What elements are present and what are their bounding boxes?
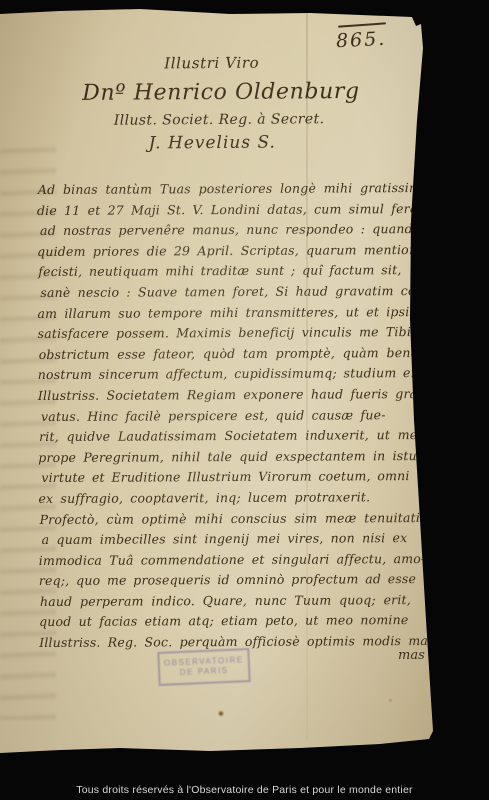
- body-line: obstrictum esse fateor, quòd tam promptè…: [39, 343, 433, 366]
- body-line: Illustriss. Societatem Regiam exponere h…: [38, 384, 433, 407]
- body-line: satisfacere possem. Maximis beneficij vi…: [38, 322, 433, 345]
- body-line: rit, quidve Laudatissimam Societatem ind…: [39, 425, 433, 448]
- heading-addressee-title: Illust. Societ. Reg. à Secret.: [14, 111, 424, 130]
- library-stamp: OBSERVATOIRE DE PARIS: [157, 648, 250, 686]
- copyright-caption: Tous droits réservés à l'Observatoire de…: [0, 784, 489, 796]
- photo-stage: 865. Illustri Viro Dnº Henrico Oldenburg…: [0, 0, 489, 800]
- heading-addressee-name: Dnº Henrico Oldenburg: [18, 79, 424, 107]
- stain-spot: [388, 698, 393, 703]
- letter-heading: Illustri Viro Dnº Henrico Oldenburg Illu…: [0, 53, 424, 155]
- body-line: Profectò, cùm optimè mihi conscius sim m…: [39, 507, 433, 530]
- body-line: am illarum suo tempore mihi transmittere…: [37, 302, 432, 325]
- stamp-line2: DE PARIS: [180, 666, 229, 678]
- letter-body: Ad binas tantùm Tuas posteriores longè m…: [37, 178, 434, 654]
- body-line: quod ut facias etiam atq; etiam peto, ut…: [39, 610, 434, 633]
- body-line: vatus. Hinc facilè perspicere est, quid …: [41, 404, 433, 427]
- body-line: haud perperam indico. Quare, nunc Tuum q…: [40, 590, 434, 613]
- body-line: nostrum sincerum affectum, cupidissimumq…: [38, 363, 433, 386]
- manuscript-page: 865. Illustri Viro Dnº Henrico Oldenburg…: [0, 0, 489, 800]
- body-line: fecisti, neutiquam mihi traditæ sunt ; q…: [38, 260, 432, 283]
- archive-page-number: 865.: [336, 24, 386, 51]
- body-line: immodica Tuâ commendatione et singulari …: [39, 549, 434, 572]
- body-line: die 11 et 27 Maji St. V. Londini datas, …: [37, 199, 432, 222]
- catchword: mas: [398, 648, 425, 663]
- body-line: ex suffragio, cooptaverit, inq; lucem pr…: [38, 487, 433, 510]
- body-line: prope Peregrinum, nihil tale quid exspec…: [38, 446, 433, 469]
- body-line: Ad binas tantùm Tuas posteriores longè m…: [38, 178, 432, 201]
- body-line: quidem priores die 29 April. Scriptas, q…: [37, 240, 432, 263]
- heading-sender: J. Hevelius S.: [0, 132, 424, 155]
- page-number-text: 865.: [335, 28, 386, 53]
- body-line: req;, quo me prosequeris id omninò profe…: [39, 569, 434, 592]
- body-line: ad nostras pervenêre manus, nunc respond…: [40, 219, 432, 242]
- body-line: virtute et Eruditione Illustrium Virorum…: [41, 466, 433, 489]
- overline-mark: [338, 22, 386, 27]
- body-line: a quam imbecilles sint ingenij mei vires…: [42, 528, 434, 551]
- stain-spot: [218, 710, 224, 717]
- heading-addressee-honorific: Illustri Viro: [0, 53, 424, 74]
- body-line: sanè nescio : Suave tamen foret, Si haud…: [40, 281, 432, 304]
